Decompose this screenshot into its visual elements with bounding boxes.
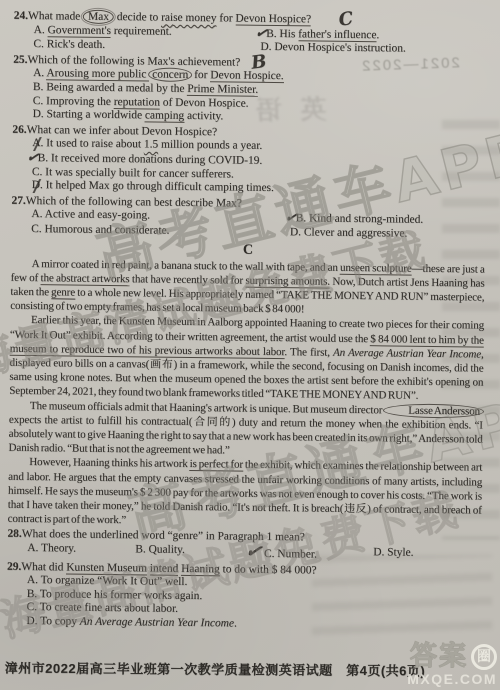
text-run: B. Quality. — [135, 543, 185, 556]
text-run: requirement. — [111, 25, 172, 38]
answer-site-logo: 答案 圈 MXQE.COM — [407, 643, 497, 686]
annotation-check: ✓ — [244, 544, 266, 560]
annotation-u: Haaning — [181, 562, 220, 575]
annotation-circle2: Max — [83, 10, 114, 24]
text-run: C. Rick's death. — [33, 38, 105, 51]
text-run: million pounds a year. — [158, 139, 262, 152]
page-footer: 漳州市2022届高三毕业班第一次教学质量检测英语试题 第4页(共6页) — [0, 657, 430, 679]
text-run: A. — [33, 67, 46, 79]
question-number: 28. — [7, 528, 21, 540]
text-run: D. To copy — [26, 615, 80, 628]
exam-page-scan: 2021—2022 英 语 24.What made Max decide to… — [0, 0, 500, 690]
passage-paragraph-2: Earlier this year, the Kunsten Museum in… — [9, 313, 484, 404]
text-run: C. It was specially built for cancer suf… — [32, 166, 234, 180]
passage-paragraph-3: The museum officials admit that Haaning'… — [8, 398, 483, 461]
annotation-u: father's influence — [298, 28, 376, 42]
text-run: for — [191, 69, 210, 81]
text-run: D. Devon Hospice's instruction. — [260, 41, 406, 55]
text-run: . — [234, 617, 237, 629]
annotation-hw: B — [251, 57, 267, 69]
logo-domain-text: MXQE.COM — [407, 672, 497, 686]
annotation-i: An Average Austrian Year Income — [80, 616, 234, 630]
question-number: 25. — [13, 54, 27, 66]
text-run: A. To organize “Work It Out” well. — [27, 574, 188, 588]
annotation-u: Devon Hospice? — [235, 13, 311, 27]
question-number: 24. — [14, 10, 28, 22]
option-a: A. Theory. — [27, 542, 135, 560]
question-number: 29. — [7, 560, 21, 572]
question-number: 26. — [12, 124, 26, 136]
logo-circle-badge-icon: 圈 — [471, 644, 497, 670]
annotation-u: camping — [145, 110, 184, 123]
annotation-strike: D. — [32, 179, 43, 193]
annotation-check: ✓ — [24, 151, 42, 166]
text-run: of Devon Hospice. — [160, 96, 249, 109]
passage-paragraph-1: A mirror coated in red paint, a banana s… — [10, 256, 485, 319]
text-run: A. Active and easy-going. — [31, 208, 150, 221]
text-run: A. Theory. — [27, 542, 76, 555]
logo-brand-text: 答案 — [410, 643, 468, 670]
option-c: C. Rick's death. — [33, 38, 260, 54]
text-run: B. Kind and strong-minded. — [296, 213, 424, 227]
text-run: C. To create fine arts about labor. — [27, 601, 179, 615]
text-run: to do with $ 84 000? — [220, 563, 317, 576]
text-run: Which of the following is Max's achievem… — [27, 54, 243, 69]
question-text: Which of the following can best describe… — [26, 195, 242, 210]
annotation-u: unseen sculpture — [340, 261, 412, 275]
text-run: C. Improving the — [33, 95, 114, 108]
annotation-u: Devon Hospice. — [210, 70, 284, 84]
annotation-u: intend — [150, 562, 179, 575]
text-run: However, Haaning thinks his artwork — [29, 456, 190, 470]
option-d: D. Style. — [373, 546, 481, 564]
text-run: D. Starting a worldwide — [33, 108, 145, 121]
text-run: A mirror coated in red paint, a banana s… — [32, 258, 341, 274]
text-run: Which of the following can best describe… — [26, 195, 242, 210]
text-run: What did — [21, 560, 66, 573]
annotation-circle: concern — [148, 68, 192, 83]
annotation-wavy: 1.5 — [144, 139, 158, 151]
annotation-i: An Average Austrian Year Income — [333, 346, 481, 360]
question-26: 26.What can we infer about Devon Hospice… — [12, 124, 487, 199]
text-run: C. Humorous and considerate. — [31, 223, 169, 237]
logo-brand-row: 答案 圈 — [407, 643, 497, 670]
annotation-u: reputation — [114, 96, 160, 110]
option-d: D. Devon Hospice's instruction. — [260, 41, 487, 57]
annotation-pu: genre — [51, 286, 75, 299]
annotation-u: Government's — [47, 24, 111, 38]
options-list: A. Active and easy-going. ✓B. Kind and s… — [11, 208, 485, 242]
annotation-u: the abstract artworks — [40, 272, 129, 286]
question-number: 27. — [11, 195, 25, 207]
options-list: A. Arousing more public concern for Devo… — [13, 67, 488, 127]
annotation-u: is perfect for — [190, 458, 244, 472]
text-run: the exhibit, which examines the relation… — [8, 459, 483, 526]
option-b: B. Quality. — [135, 543, 253, 561]
question-27: 27.Which of the following can best descr… — [11, 195, 485, 243]
text-run: C. Number. — [264, 548, 317, 561]
options-list: A. It used to raise about 1.5 million po… — [12, 137, 487, 198]
text-run: A. — [34, 24, 48, 36]
option-c: C. Humorous and considerate. — [31, 223, 290, 240]
text-run: D. Clever and aggressive. — [290, 226, 407, 239]
text-run: decide to — [114, 11, 161, 24]
options-list: A. To organize “Work It Out” well. B. To… — [6, 574, 481, 634]
question-text: What can we infer about Devon Hospice? — [27, 124, 218, 138]
text-run: expects the artist to fulfill his contra… — [8, 414, 482, 457]
annotation-u: Arousing more public — [46, 68, 149, 82]
option-d: D. Clever and aggressive. — [290, 226, 485, 242]
text-run: . — [376, 29, 379, 41]
text-run: It used to raise about — [43, 138, 144, 151]
text-run: B. To produce his former works again. — [27, 588, 203, 602]
text-run: to a whole new level. His appropriately … — [10, 286, 484, 315]
annotation-circle: Lasse Andersson — [383, 403, 484, 418]
text-run: It helped Max go through difficult campi… — [43, 179, 274, 194]
exam-content: 24.What made Max decide to raise money f… — [0, 0, 500, 634]
text-run: What can we infer about Devon Hospice? — [27, 124, 218, 138]
annotation-u: surprising amounts. — [245, 274, 330, 288]
text-run: . The first, — [284, 346, 333, 359]
text-run: that have recently sold for — [129, 273, 245, 286]
question-25: 25.Which of the following is Max's achie… — [13, 54, 488, 128]
passage-paragraph-4: However, Haaning thinks his artwork is p… — [8, 455, 483, 532]
text-run: for — [216, 12, 235, 24]
question-28: 28.What does the underlined word “genre”… — [7, 528, 481, 564]
text-run: What made — [28, 10, 83, 23]
text-run: B. It received more donations during COV… — [38, 152, 263, 167]
annotation-u: Kunsten Museum — [66, 561, 147, 575]
option-c: ✓C. Number. — [253, 545, 373, 563]
question-29: 29.What did Kunsten Museum intend Haanin… — [6, 560, 481, 634]
question-24: 24.What made Max decide to raise money f… — [13, 10, 487, 58]
text-run: B. Being awarded a medal by the — [33, 81, 187, 95]
annotation-u: Prime Minister. — [187, 83, 258, 97]
text-run: D. Style. — [373, 546, 413, 558]
annotation-hw: C — [338, 14, 353, 26]
annotation-wavy: raise money — [161, 12, 217, 25]
text-run: activity. — [184, 110, 223, 122]
